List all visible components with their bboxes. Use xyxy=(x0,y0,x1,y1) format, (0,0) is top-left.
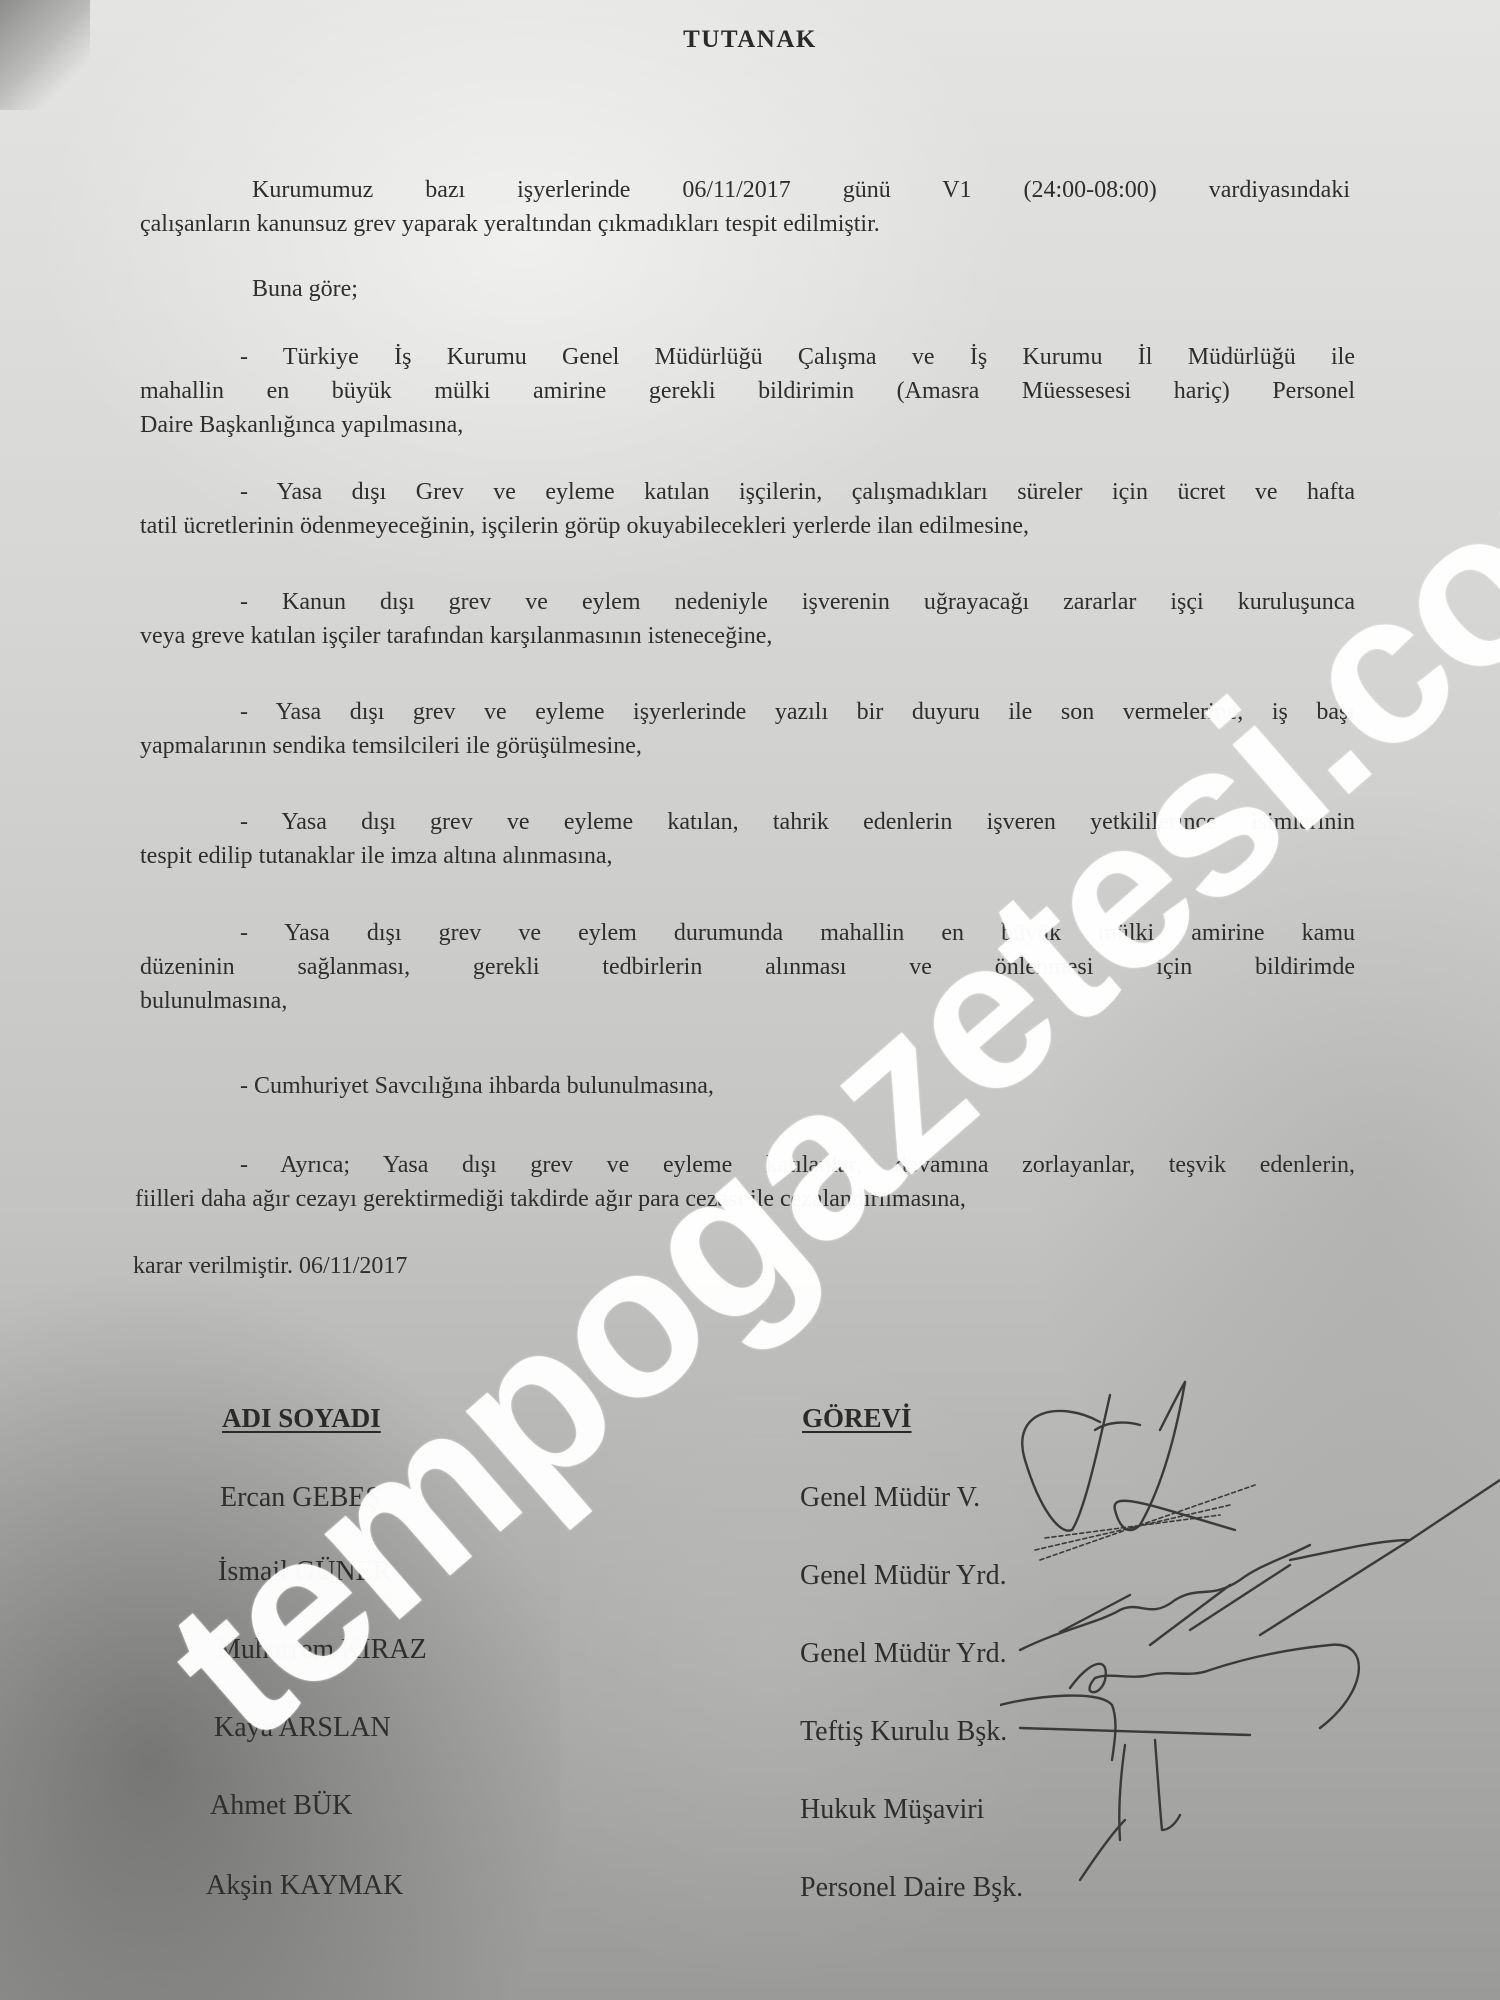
item-4-line-1: - Yasa dışı grev ve eyleme işyerlerinde … xyxy=(240,697,1355,727)
item-2-line-2: tatil ücretlerinin ödenmeyeceğinin, işçi… xyxy=(140,511,1029,541)
item-4-line-2: yapmalarının sendika temsilcileri ile gö… xyxy=(140,731,642,761)
intro-line-1: Kurumumuz bazı işyerlerinde 06/11/2017 g… xyxy=(252,175,1350,205)
item-7-line-1: - Cumhuriyet Savcılığına ihbarda bulunul… xyxy=(240,1071,714,1101)
signatory-name: Muharrem KİRAZ xyxy=(216,1634,427,1666)
item-8-line-2: fiilleri daha ağır cezayı gerektirmediği… xyxy=(135,1184,966,1214)
item-1-line-1: - Türkiye İş Kurumu Genel Müdürlüğü Çalı… xyxy=(240,342,1355,372)
item-6-line-1: - Yasa dışı grev ve eylem durumunda maha… xyxy=(240,918,1355,948)
item-3-line-1: - Kanun dışı grev ve eylem nedeniyle işv… xyxy=(240,587,1355,617)
document-page: TUTANAK Kurumumuz bazı işyerlerinde 06/1… xyxy=(0,0,1500,2000)
signatory-name: Akşin KAYMAK xyxy=(206,1870,403,1902)
item-1-line-2: mahallin en büyük mülki amirine gerekli … xyxy=(140,376,1355,406)
signatory-role: Genel Müdür V. xyxy=(800,1482,980,1514)
item-6-line-3: bulunulmasına, xyxy=(140,986,287,1016)
signatory-role: Genel Müdür Yrd. xyxy=(800,1560,1007,1592)
lead-in: Buna göre; xyxy=(252,274,358,304)
signatory-role: Teftiş Kurulu Bşk. xyxy=(800,1716,1007,1748)
signatory-name: Ahmet BÜK xyxy=(210,1790,352,1822)
column-header-role: GÖREVİ xyxy=(802,1403,912,1434)
signatory-name: İsmail GÜNER xyxy=(218,1556,391,1588)
column-header-name: ADI SOYADI xyxy=(222,1403,381,1434)
document-title: TUTANAK xyxy=(0,26,1500,54)
intro-line-2: çalışanların kanunsuz grev yaparak yeral… xyxy=(140,209,880,239)
item-8-line-1: - Ayrıca; Yasa dışı grev ve eyleme katıl… xyxy=(240,1150,1355,1180)
signatory-role: Hukuk Müşaviri xyxy=(800,1794,984,1826)
item-6-line-2: düzeninin sağlanması, gerekli tedbirleri… xyxy=(140,952,1355,982)
item-5-line-1: - Yasa dışı grev ve eyleme katılan, tahr… xyxy=(240,807,1355,837)
item-1-line-3: Daire Başkanlığınca yapılmasına, xyxy=(140,410,463,440)
item-2-line-1: - Yasa dışı Grev ve eyleme katılan işçil… xyxy=(240,477,1355,507)
signatory-role: Genel Müdür Yrd. xyxy=(800,1638,1007,1670)
signatory-role: Personel Daire Bşk. xyxy=(800,1872,1023,1904)
signatory-name: Ercan GEBEŞ xyxy=(220,1482,381,1514)
item-5-line-2: tespit edilip tutanaklar ile imza altına… xyxy=(140,841,613,871)
closing-line: karar verilmiştir. 06/11/2017 xyxy=(133,1251,407,1281)
signatory-name: Kaya ARSLAN xyxy=(214,1712,391,1744)
item-3-line-2: veya greve katılan işçiler tarafından ka… xyxy=(140,621,772,651)
handwritten-signatures xyxy=(1000,1360,1500,2000)
